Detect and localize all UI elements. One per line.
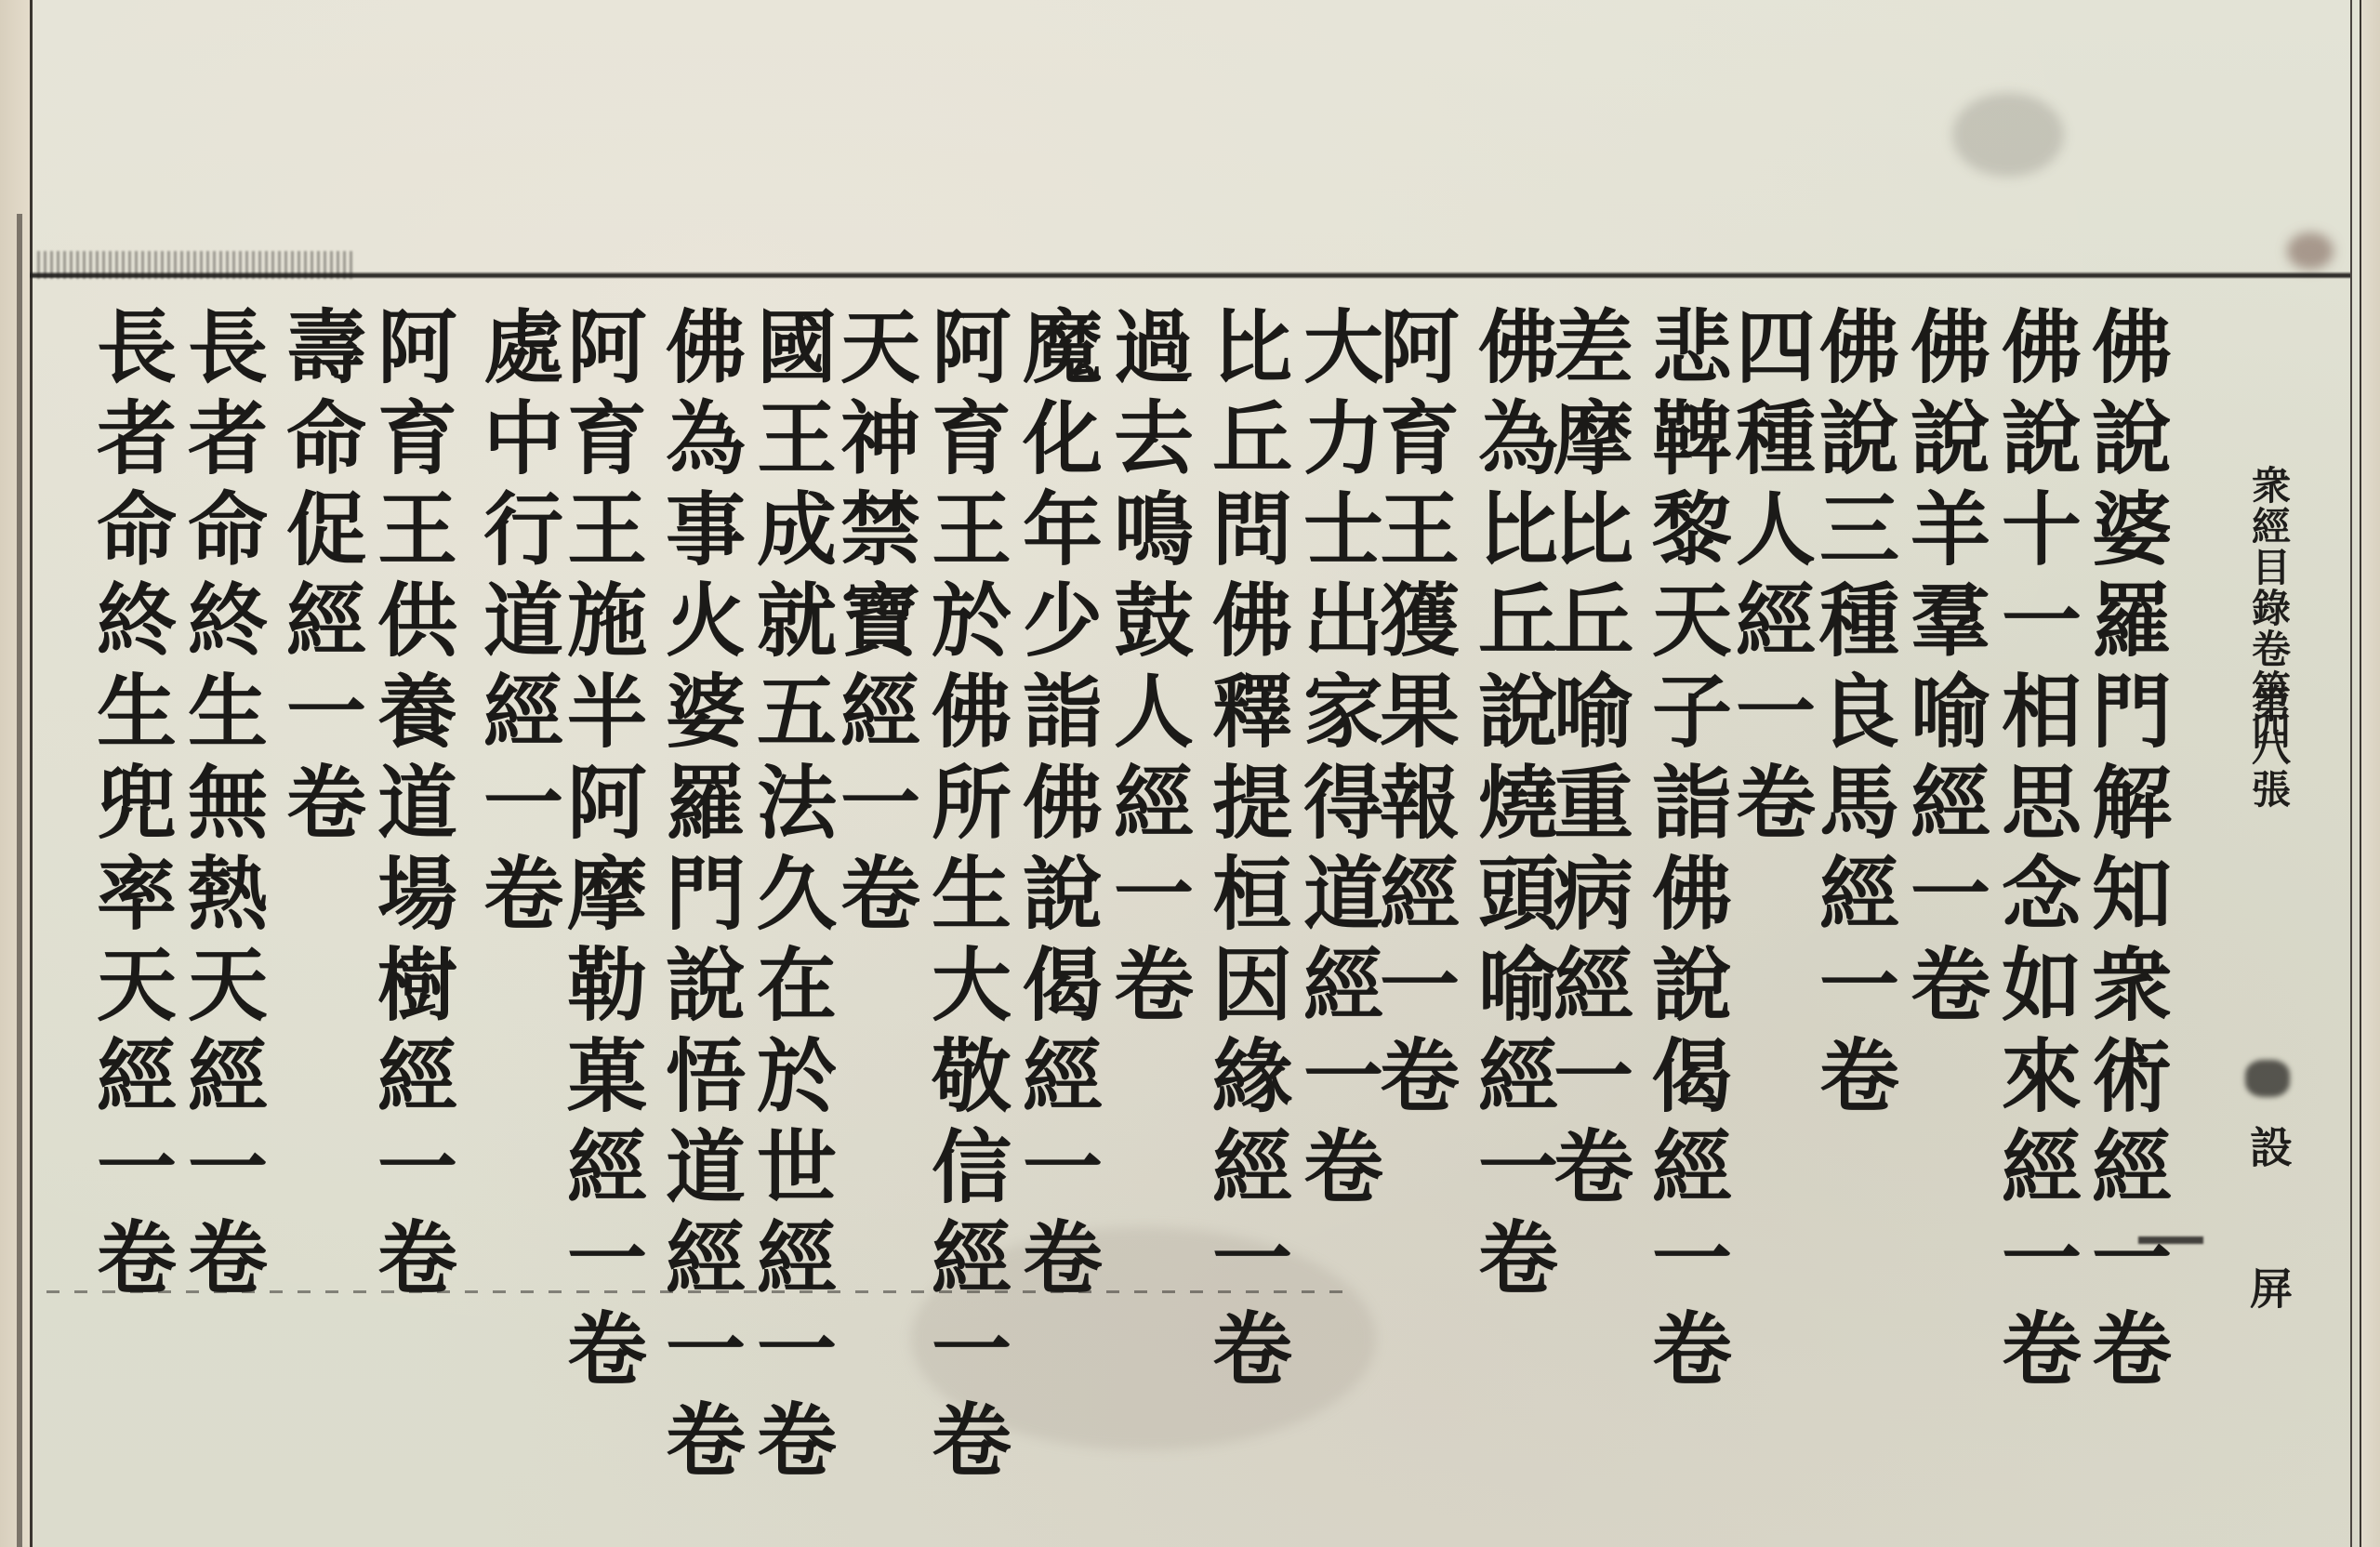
margin-carver-name: 設 屏	[2241, 1125, 2296, 1333]
right-fold-edge	[2360, 0, 2380, 1547]
entry-column: 佛說十一相思念如來經一卷	[1983, 305, 2085, 1398]
entry-text: 比丘問佛釋提桓因緣經一卷	[1194, 305, 1296, 1398]
entry-column: 過去鳴鼓人經一卷	[1095, 305, 1197, 1034]
entry-column: 國王成就五法久在於世經一卷	[738, 305, 840, 1489]
entry-text: 魔化年少詣佛說偈經一卷	[1004, 305, 1106, 1307]
entry-text: 悲鞞黎天子詣佛說偈經一卷	[1633, 305, 1736, 1398]
entry-text: 處中行道經一卷	[465, 305, 567, 943]
entry-column: 阿育王於佛所生大敬信經一卷	[913, 305, 1015, 1489]
entry-column: 佛說羊羣喻經一卷	[1892, 305, 1994, 1034]
entry-text: 大力士出家得道經一卷	[1285, 305, 1387, 1216]
right-border-line	[2350, 0, 2352, 1547]
entry-column: 長者命終生無熱天經一卷	[169, 305, 271, 1307]
entry-text: 長者命終生兜率天經一卷	[78, 305, 180, 1307]
left-fold-edge	[0, 0, 33, 1547]
entry-text: 國王成就五法久在於世經一卷	[738, 305, 840, 1489]
entry-text: 長者命終生無熱天經一卷	[169, 305, 271, 1307]
entry-text: 阿育王於佛所生大敬信經一卷	[913, 305, 1015, 1489]
entry-text: 佛說十一相思念如來經一卷	[1983, 305, 2085, 1398]
margin-page-number: 第八張	[2241, 683, 2296, 812]
entry-text: 佛說羊羣喻經一卷	[1892, 305, 1994, 1034]
entry-text: 佛為比丘說燒頭喻經一卷	[1460, 305, 1562, 1307]
entry-column: 處中行道經一卷	[465, 305, 567, 943]
entry-text: 壽命促經一卷	[268, 305, 370, 852]
entry-column: 阿育王供養道場樹經一卷	[359, 305, 461, 1307]
entry-column: 比丘問佛釋提桓因緣經一卷	[1194, 305, 1296, 1398]
entry-column: 佛說婆羅門解知衆術經一卷	[2073, 305, 2175, 1398]
entry-column: 大力士出家得道經一卷	[1285, 305, 1387, 1216]
entry-text: 阿育王供養道場樹經一卷	[359, 305, 461, 1307]
margin-ink-smudge	[2245, 1060, 2290, 1097]
top-border-rule	[30, 271, 2350, 279]
entry-column: 佛為事火婆羅門說悟道經一卷	[647, 305, 749, 1489]
entry-column: 佛為比丘說燒頭喻經一卷	[1460, 305, 1562, 1307]
entry-column: 魔化年少詣佛說偈經一卷	[1004, 305, 1106, 1307]
entry-text: 佛說婆羅門解知衆術經一卷	[2073, 305, 2175, 1398]
entry-text: 過去鳴鼓人經一卷	[1095, 305, 1197, 1034]
entry-column: 悲鞞黎天子詣佛說偈經一卷	[1633, 305, 1736, 1398]
scanned-page: 衆經目錄卷第四 第八張 設 屏 佛說婆羅門解知衆術經一卷 佛說十一相思念如來經一…	[0, 0, 2380, 1547]
entry-column: 長者命終生兜率天經一卷	[78, 305, 180, 1307]
paper-stain	[1952, 93, 2064, 177]
entry-column: 壽命促經一卷	[268, 305, 370, 852]
entry-text: 佛為事火婆羅門說悟道經一卷	[647, 305, 749, 1489]
ink-stain	[2287, 232, 2334, 270]
